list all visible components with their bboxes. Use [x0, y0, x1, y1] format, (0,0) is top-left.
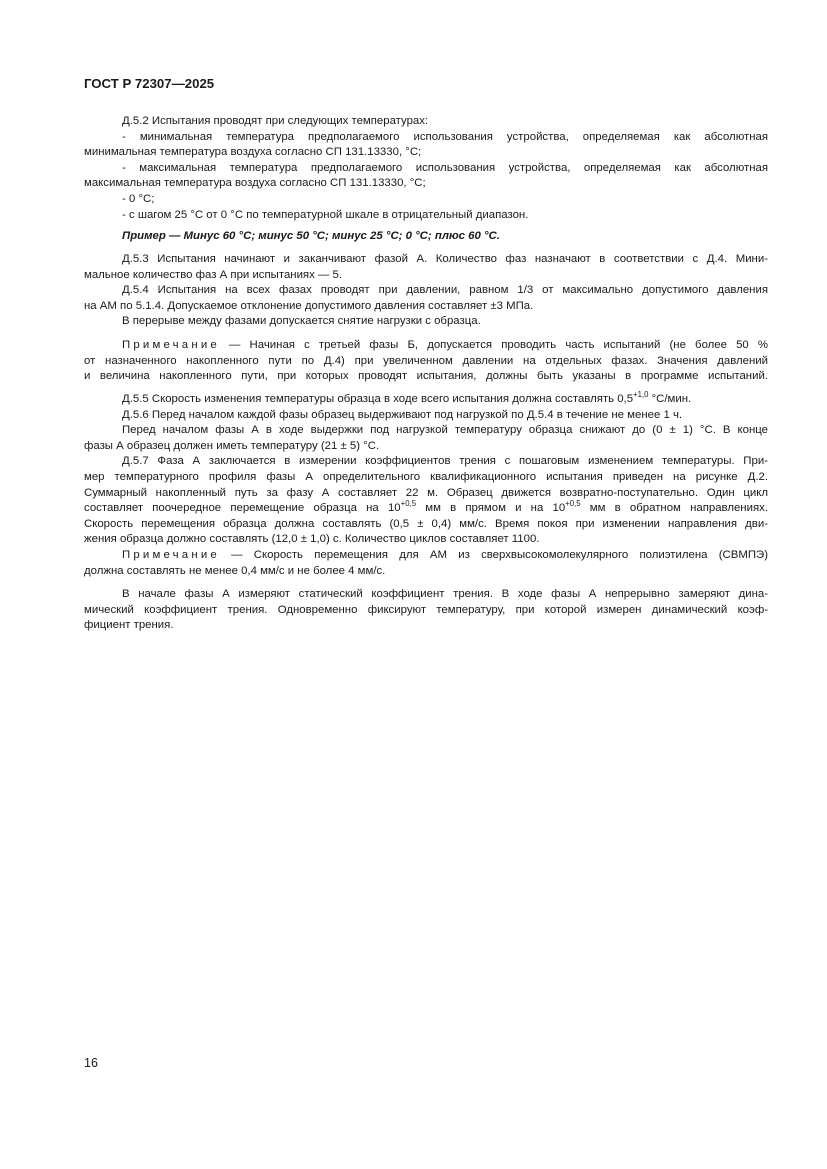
text-line: - максимальная температура предполагаемо…	[84, 161, 768, 177]
text-line: Д.5.5 Скорость изменения температуры обр…	[84, 392, 768, 408]
note-1: Примечание — Начиная с третьей фазы Б, д…	[84, 338, 768, 385]
section-d53-d54: Д.5.3 Испытания начинают и заканчивают ф…	[84, 252, 768, 330]
text-line: фициент трения.	[84, 618, 768, 634]
section-d55-d57: Д.5.5 Скорость изменения температуры обр…	[84, 392, 768, 548]
text-line: мический коэффициент трения. Одновременн…	[84, 603, 768, 619]
text-line: жения образца должно составлять (12,0 ± …	[84, 532, 768, 548]
text-run: составляет поочередное перемещение образ…	[84, 502, 401, 514]
text-line: должна составлять не менее 0,4 мм/с и не…	[84, 564, 768, 580]
note-text: — Начиная с третьей фазы Б, допускается …	[220, 339, 768, 351]
note-label: Примечание	[122, 549, 220, 561]
text-line: Примечание — Начиная с третьей фазы Б, д…	[84, 338, 768, 354]
text-line: и величина накопленного пути, при которы…	[84, 369, 768, 385]
text-line: составляет поочередное перемещение образ…	[84, 501, 768, 517]
text-run: мм в прямом и на 10	[416, 502, 565, 514]
superscript: +0,5	[401, 499, 416, 508]
text-line: Д.5.2 Испытания проводят при следующих т…	[84, 114, 768, 130]
text-line: - 0 °С;	[84, 192, 768, 208]
text-line: минимальная температура воздуха согласно…	[84, 145, 768, 161]
text-line: фазы А образец должен иметь температуру …	[84, 439, 768, 455]
superscript: +1,0	[633, 390, 648, 399]
text-run: мм в обратном направлениях.	[581, 502, 768, 514]
document-page: ГОСТ Р 72307—2025 Д.5.2 Испытания провод…	[0, 0, 827, 1169]
text-line: максимальная температура воздуха согласн…	[84, 176, 768, 192]
note-text: — Скорость перемещения для АМ из сверхвы…	[220, 549, 768, 561]
text-line: мер температурного профиля фазы А опреде…	[84, 470, 768, 486]
final-paragraph: В начале фазы А измеряют статический коэ…	[84, 587, 768, 634]
text-line: - минимальная температура предполагаемог…	[84, 130, 768, 146]
text-run: °С/мин.	[648, 393, 691, 405]
text-line: Перед началом фазы А в ходе выдержки под…	[84, 423, 768, 439]
text-line: Суммарный накопленный путь за фазу А сос…	[84, 486, 768, 502]
text-line: от назначенного накопленного пути по Д.4…	[84, 354, 768, 370]
note-2: Примечание — Скорость перемещения для АМ…	[84, 548, 768, 579]
text-line: Скорость перемещения образца должна сост…	[84, 517, 768, 533]
text-line: Д.5.4 Испытания на всех фазах проводят п…	[84, 283, 768, 299]
note-label: Примечание	[122, 339, 220, 351]
text-line: Примечание — Скорость перемещения для АМ…	[84, 548, 768, 564]
text-run: Д.5.5 Скорость изменения температуры обр…	[122, 393, 633, 405]
text-line: - с шагом 25 °С от 0 °С по температурной…	[84, 208, 768, 224]
section-d52: Д.5.2 Испытания проводят при следующих т…	[84, 114, 768, 223]
document-header: ГОСТ Р 72307—2025	[84, 76, 214, 91]
example-text: Пример — Минус 60 °С; минус 50 °С; минус…	[84, 229, 768, 245]
example-block: Пример — Минус 60 °С; минус 50 °С; минус…	[84, 229, 768, 245]
text-line: мальное количество фаз А при испытаниях …	[84, 268, 768, 284]
text-line: Д.5.7 Фаза А заключается в измерении коэ…	[84, 454, 768, 470]
text-line: Д.5.6 Перед началом каждой фазы образец …	[84, 408, 768, 424]
page-number: 16	[84, 1056, 98, 1070]
text-line: В перерыве между фазами допускается снят…	[84, 314, 768, 330]
text-line: В начале фазы А измеряют статический коэ…	[84, 587, 768, 603]
superscript: +0,5	[565, 499, 580, 508]
text-line: Д.5.3 Испытания начинают и заканчивают ф…	[84, 252, 768, 268]
text-line: на АМ по 5.1.4. Допускаемое отклонение д…	[84, 299, 768, 315]
